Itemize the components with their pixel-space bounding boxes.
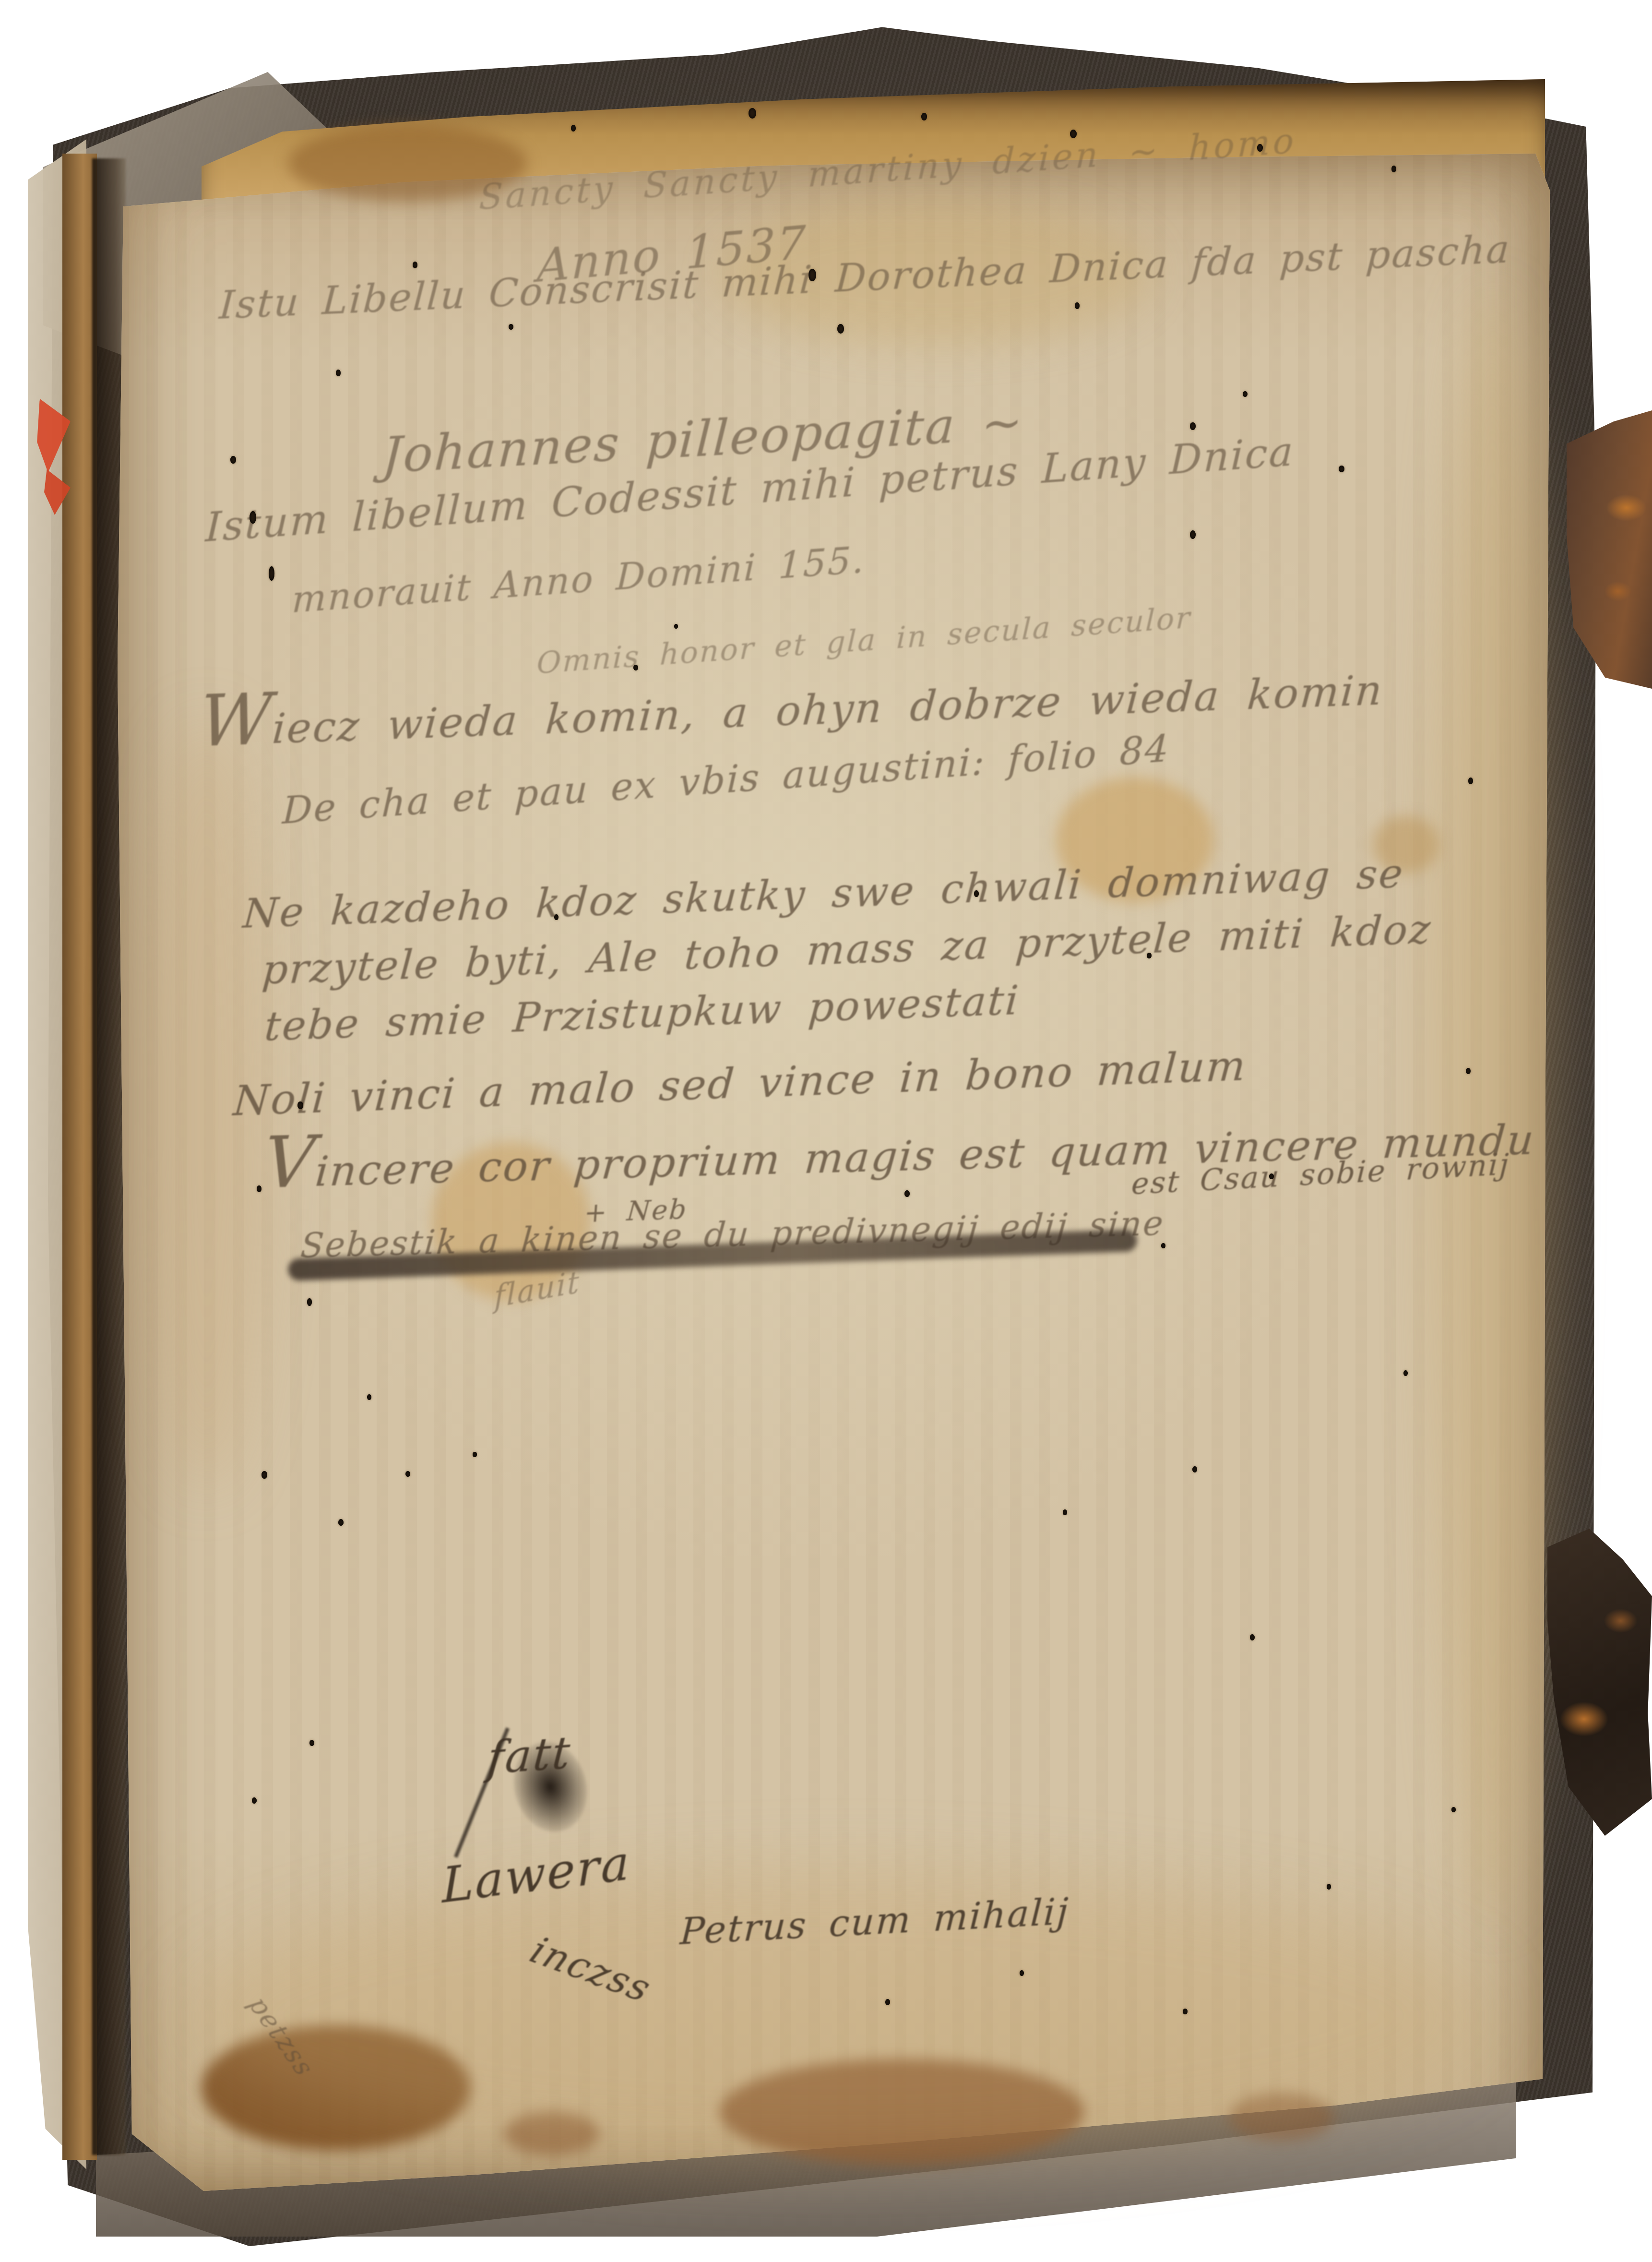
wormhole <box>1327 1884 1331 1890</box>
photograph-of-manuscript: Sancty Sancty martiny dzien ~ homo Anno … <box>0 0 1652 2262</box>
wormhole <box>1190 422 1196 430</box>
wormhole <box>974 890 979 897</box>
wormhole <box>885 1999 890 2005</box>
wormhole <box>1269 1173 1274 1179</box>
wormhole <box>336 370 341 376</box>
wormhole <box>1403 1370 1408 1376</box>
wormhole <box>1466 1068 1471 1074</box>
wormhole <box>921 113 927 120</box>
wormhole <box>1147 953 1152 958</box>
wormhole <box>1250 1634 1255 1640</box>
wormhole <box>309 1740 314 1746</box>
wormhole <box>904 1190 910 1197</box>
wormhole <box>230 456 236 464</box>
wormhole <box>808 269 816 281</box>
wormhole <box>1257 144 1263 152</box>
wormhole <box>633 665 638 670</box>
wormhole <box>1451 1807 1456 1812</box>
wormhole <box>1183 2009 1188 2014</box>
wormhole <box>261 1471 267 1479</box>
wormhole <box>1243 391 1248 397</box>
wormhole <box>1070 130 1077 138</box>
wormhole <box>338 1519 344 1526</box>
wormhole <box>1190 530 1196 539</box>
wormhole <box>269 566 274 581</box>
wormhole <box>1192 1466 1197 1472</box>
wormhole <box>252 1797 257 1804</box>
wormhole <box>1391 166 1396 172</box>
wormhole <box>367 1394 371 1400</box>
wormhole <box>405 1471 410 1477</box>
wormhole <box>509 324 513 330</box>
wormhole <box>297 1101 303 1109</box>
wormhole <box>473 1452 477 1457</box>
wormhole <box>1339 466 1344 472</box>
wormhole <box>554 914 559 920</box>
wormhole <box>674 624 678 629</box>
wormhole <box>571 125 576 132</box>
wormhole <box>1075 302 1080 309</box>
wormhole <box>257 1185 261 1192</box>
wormhole <box>1161 1243 1165 1248</box>
wormhole <box>837 324 844 334</box>
wormhole <box>1468 778 1473 784</box>
inscription-pen-trial-blot: fatt <box>486 1727 573 1784</box>
wormhole <box>307 1298 312 1306</box>
wormhole <box>1063 1509 1067 1515</box>
wormhole <box>749 108 756 119</box>
wormhole <box>1020 1970 1024 1976</box>
wormhole <box>413 262 417 268</box>
wormhole <box>250 511 256 524</box>
